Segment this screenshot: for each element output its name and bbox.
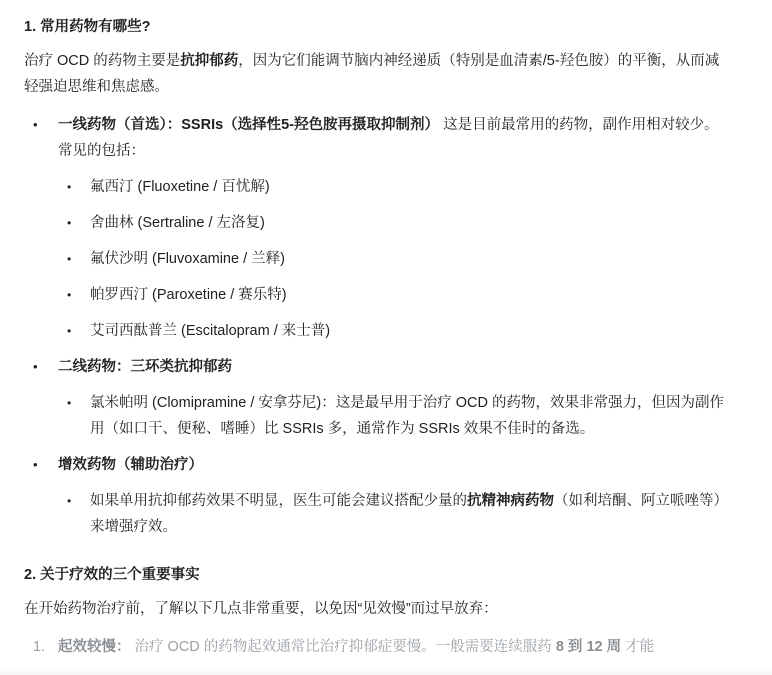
section-heading-efficacy-facts: 2. 关于疗效的三个重要事实: [24, 562, 724, 588]
bullet-icon: •: [33, 354, 38, 380]
drug-name: 艾司西酞普兰 (Escitalopram / 来士普): [90, 323, 330, 339]
list-item-augmentation-drugs: • 增效药物（辅助治疗） •如果单用抗抑郁药效果不明显，医生可能会建议搭配少量的…: [24, 452, 724, 540]
efficacy-facts-list: 1. 起效较慢： 治疗 OCD 的药物起效通常比治疗抑郁症要慢。一般需要连续服药…: [24, 634, 724, 660]
list-item-drug: •艾司西酞普兰 (Escitalopram / 来士普): [58, 318, 724, 344]
drug-name: 氟西汀 (Fluoxetine / 百忧解): [90, 179, 270, 195]
intro-bold-antidepressants: 抗抑郁药: [180, 53, 238, 69]
first-line-title: 一线药物（首选）：SSRIs（选择性5-羟色胺再摄取抑制剂）: [58, 117, 439, 133]
list-number: 1.: [33, 634, 45, 660]
fact-title: 起效较慢：: [58, 639, 131, 655]
list-item-second-line-drugs: • 二线药物：三环类抗抑郁药 •氯米帕明 (Clomipramine / 安拿芬…: [24, 354, 724, 442]
section-heading-common-drugs: 1. 常用药物有哪些?: [24, 14, 724, 40]
drug-name: 舍曲林 (Sertraline / 左洛复): [90, 215, 265, 231]
bullet-icon: •: [67, 210, 71, 236]
bullet-icon: •: [33, 452, 38, 478]
augmentation-list: •如果单用抗抑郁药效果不明显，医生可能会建议搭配少量的抗精神病药物（如利培酮、阿…: [58, 488, 724, 540]
tricyclic-list: •氯米帕明 (Clomipramine / 安拿芬尼)：这是最早用于治疗 OCD…: [58, 390, 724, 442]
augmentation-bold-antipsychotics: 抗精神病药物: [467, 493, 554, 509]
fact-text: 治疗 OCD 的药物起效通常比治疗抑郁症要慢。一般需要连续服药: [131, 639, 556, 655]
response-content: 1. 常用药物有哪些? 治疗 OCD 的药物主要是抗抑郁药，因为它们能调节脑内神…: [0, 0, 748, 660]
fact-text-continued: 才能: [621, 639, 654, 655]
bullet-icon: •: [33, 112, 38, 138]
ssri-list: •氟西汀 (Fluoxetine / 百忧解) •舍曲林 (Sertraline…: [58, 174, 724, 344]
drug-name: 帕罗西汀 (Paroxetine / 赛乐特): [90, 287, 287, 303]
bullet-icon: •: [67, 390, 71, 416]
list-item-drug: •氯米帕明 (Clomipramine / 安拿芬尼)：这是最早用于治疗 OCD…: [58, 390, 724, 442]
augmentation-title: 增效药物（辅助治疗）: [58, 457, 203, 473]
list-item-first-line-drugs: • 一线药物（首选）：SSRIs（选择性5-羟色胺再摄取抑制剂） 这是目前最常用…: [24, 112, 724, 344]
second-line-title: 二线药物：三环类抗抑郁药: [58, 359, 232, 375]
bottom-fade-overlay: [0, 667, 772, 675]
list-item-fact-slow-onset: 1. 起效较慢： 治疗 OCD 的药物起效通常比治疗抑郁症要慢。一般需要连续服药…: [24, 634, 724, 660]
bullet-icon: •: [67, 318, 71, 344]
bullet-icon: •: [67, 246, 71, 272]
fact-duration: 8 到 12 周: [556, 639, 621, 655]
list-item-drug: •帕罗西汀 (Paroxetine / 赛乐特): [58, 282, 724, 308]
list-item-drug: •氟西汀 (Fluoxetine / 百忧解): [58, 174, 724, 200]
clomipramine-description: 氯米帕明 (Clomipramine / 安拿芬尼)：这是最早用于治疗 OCD …: [90, 395, 724, 437]
efficacy-intro-paragraph: 在开始药物治疗前，了解以下几点非常重要，以免因“见效慢”而过早放弃：: [24, 596, 724, 622]
intro-paragraph: 治疗 OCD 的药物主要是抗抑郁药，因为它们能调节脑内神经递质（特别是血清素/5…: [24, 48, 724, 100]
list-item-drug: •舍曲林 (Sertraline / 左洛复): [58, 210, 724, 236]
bullet-icon: •: [67, 488, 71, 514]
drug-category-list: • 一线药物（首选）：SSRIs（选择性5-羟色胺再摄取抑制剂） 这是目前最常用…: [24, 112, 724, 540]
augmentation-text: 如果单用抗抑郁药效果不明显，医生可能会建议搭配少量的: [90, 493, 467, 509]
list-item-drug: •如果单用抗抑郁药效果不明显，医生可能会建议搭配少量的抗精神病药物（如利培酮、阿…: [58, 488, 724, 540]
bullet-icon: •: [67, 174, 71, 200]
intro-text: 治疗 OCD 的药物主要是: [24, 53, 180, 69]
drug-name: 氟伏沙明 (Fluvoxamine / 兰释): [90, 251, 285, 267]
list-item-drug: •氟伏沙明 (Fluvoxamine / 兰释): [58, 246, 724, 272]
bullet-icon: •: [67, 282, 71, 308]
